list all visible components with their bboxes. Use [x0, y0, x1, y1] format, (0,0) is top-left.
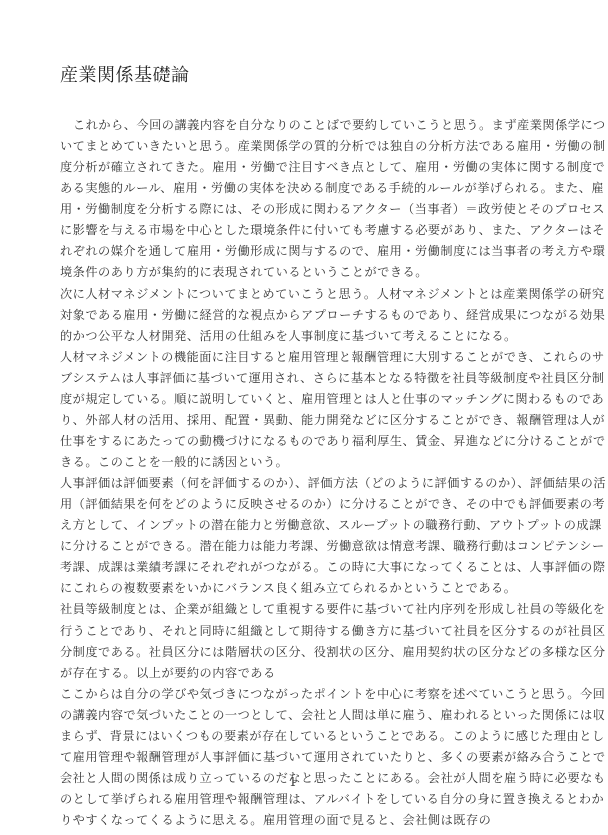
document-page: 産業関係基礎論 これから、今回の講義内容を自分なりのことばで要約していこうと思う… [0, 0, 608, 835]
text-line: 会社と人間の関係は成り立っているのだなと思ったことにある。会社が人間を雇う時に必… [60, 768, 556, 789]
text-line: りやすくなってくるように思える。雇用管理の面で見ると、会社側は既存の [60, 810, 556, 831]
text-line: 度分析が確立されてきた。雇用・労働で注目すべき点として、雇用・労働の実体に関する… [60, 157, 556, 178]
text-line: ブシステムは人事評価に基づいて運用され、さらに基本となる特徴を社員等級制度や社員… [60, 368, 556, 389]
text-line: が存在する。以上が要約の内容である [60, 663, 556, 684]
document-title: 産業関係基礎論 [60, 64, 190, 88]
text-line: 人材マネジメントの機能面に注目すると雇用管理と報酬管理に大別することができ、これ… [60, 347, 556, 368]
text-line: 考課、成課は業績考課にそれぞれがつながる。この時に大事になってくることは、人事評… [60, 557, 556, 578]
text-line: ある実態的ルール、雇用・労働の実体を決める制度である手続的ルールが挙げられる。ま… [60, 178, 556, 199]
text-line: まらず、背景にはいくつもの要素が存在しているということである。このように感じた理… [60, 726, 556, 747]
text-line: て雇用管理や報酬管理が人事評価に基づいて運用されていたりと、多くの要素が絡み合う… [60, 747, 556, 768]
text-line: いてまとめていきたいと思う。産業関係学の質的分析では独自の分析方法である雇用・労… [60, 136, 556, 157]
text-line: え方として、インプットの潜在能力と労働意欲、スループットの職務行動、アウトプット… [60, 515, 556, 536]
text-line: 行うことであり、それと同時に組織として期待する働き方に基づいて社員を区分するのが… [60, 621, 556, 642]
text-line: きる。このことを一般的に誘因という。 [60, 452, 556, 473]
text-line: これから、今回の講義内容を自分なりのことばで要約していこうと思う。まず産業関係学… [60, 115, 556, 136]
text-line: 用（評価結果を何をどのように反映させるのか）に分けることができ、その中でも評価要… [60, 494, 556, 515]
text-line: にこれらの複数要素をいかにバランス良く組み立てられるかということである。 [60, 578, 556, 599]
text-line: に影響を与える市場を中心とした環境条件に付いても考慮する必要があり、また、アクタ… [60, 220, 556, 241]
text-line: 仕事をするにあたっての動機づけになるものであり福利厚生、賃金、昇進などに分けるこ… [60, 431, 556, 452]
text-line: に分けることができる。潜在能力は能力考課、労働意欲は情意考課、職務行動はコンピテ… [60, 536, 556, 557]
text-line: 境条件のあり方が集約的に表現されているということができる。 [60, 262, 556, 283]
text-line: れぞれの媒介を通して雇用・労働形成に関与するので、雇用・労働制度には当事者の考え… [60, 241, 556, 262]
text-line: 分制度である。社員区分には階層状の区分、役割状の区分、雇用契約状の区分などの多様… [60, 642, 556, 663]
text-line: 対象である雇用・労働に経営的な視点からアプローチするものであり、経営成果につなが… [60, 305, 556, 326]
text-line: 人事評価は評価要素（何を評価するのか）、評価方法（どのように評価するのか）、評価… [60, 473, 556, 494]
text-line: り、外部人材の活用、採用、配置・異動、能力開発などに区分することができ、報酬管理… [60, 410, 556, 431]
text-line: 度が規定している。順に説明していくと、雇用管理とは人と仕事のマッチングに関わるも… [60, 389, 556, 410]
page-number: 1 [287, 774, 299, 790]
text-line: 用・労働制度を分析する際には、その形成に関わるアクター（当事者）＝政労使とそのプ… [60, 199, 556, 220]
document-body: これから、今回の講義内容を自分なりのことばで要約していこうと思う。まず産業関係学… [60, 115, 556, 831]
text-line: 次に人材マネジメントについてまとめていこうと思う。人材マネジメントとは産業関係学… [60, 284, 556, 305]
text-line: のとして挙げられる雇用管理や報酬管理は、アルバイトをしている自分の身に置き換える… [60, 789, 556, 810]
text-line: 的かつ公平な人材開発、活用の仕組みを人事制度に基づいて考えることになる。 [60, 326, 556, 347]
text-line: ここからは自分の学びや気づきにつながったポイントを中心に考察を述べていこうと思う… [60, 684, 556, 705]
text-line: 社員等級制度とは、企業が組織として重視する要件に基づいて社内序列を形成し社員の等… [60, 599, 556, 620]
text-line: の講義内容で気づいたことの一つとして、会社と人間は単に雇う、雇われるといった関係… [60, 705, 556, 726]
